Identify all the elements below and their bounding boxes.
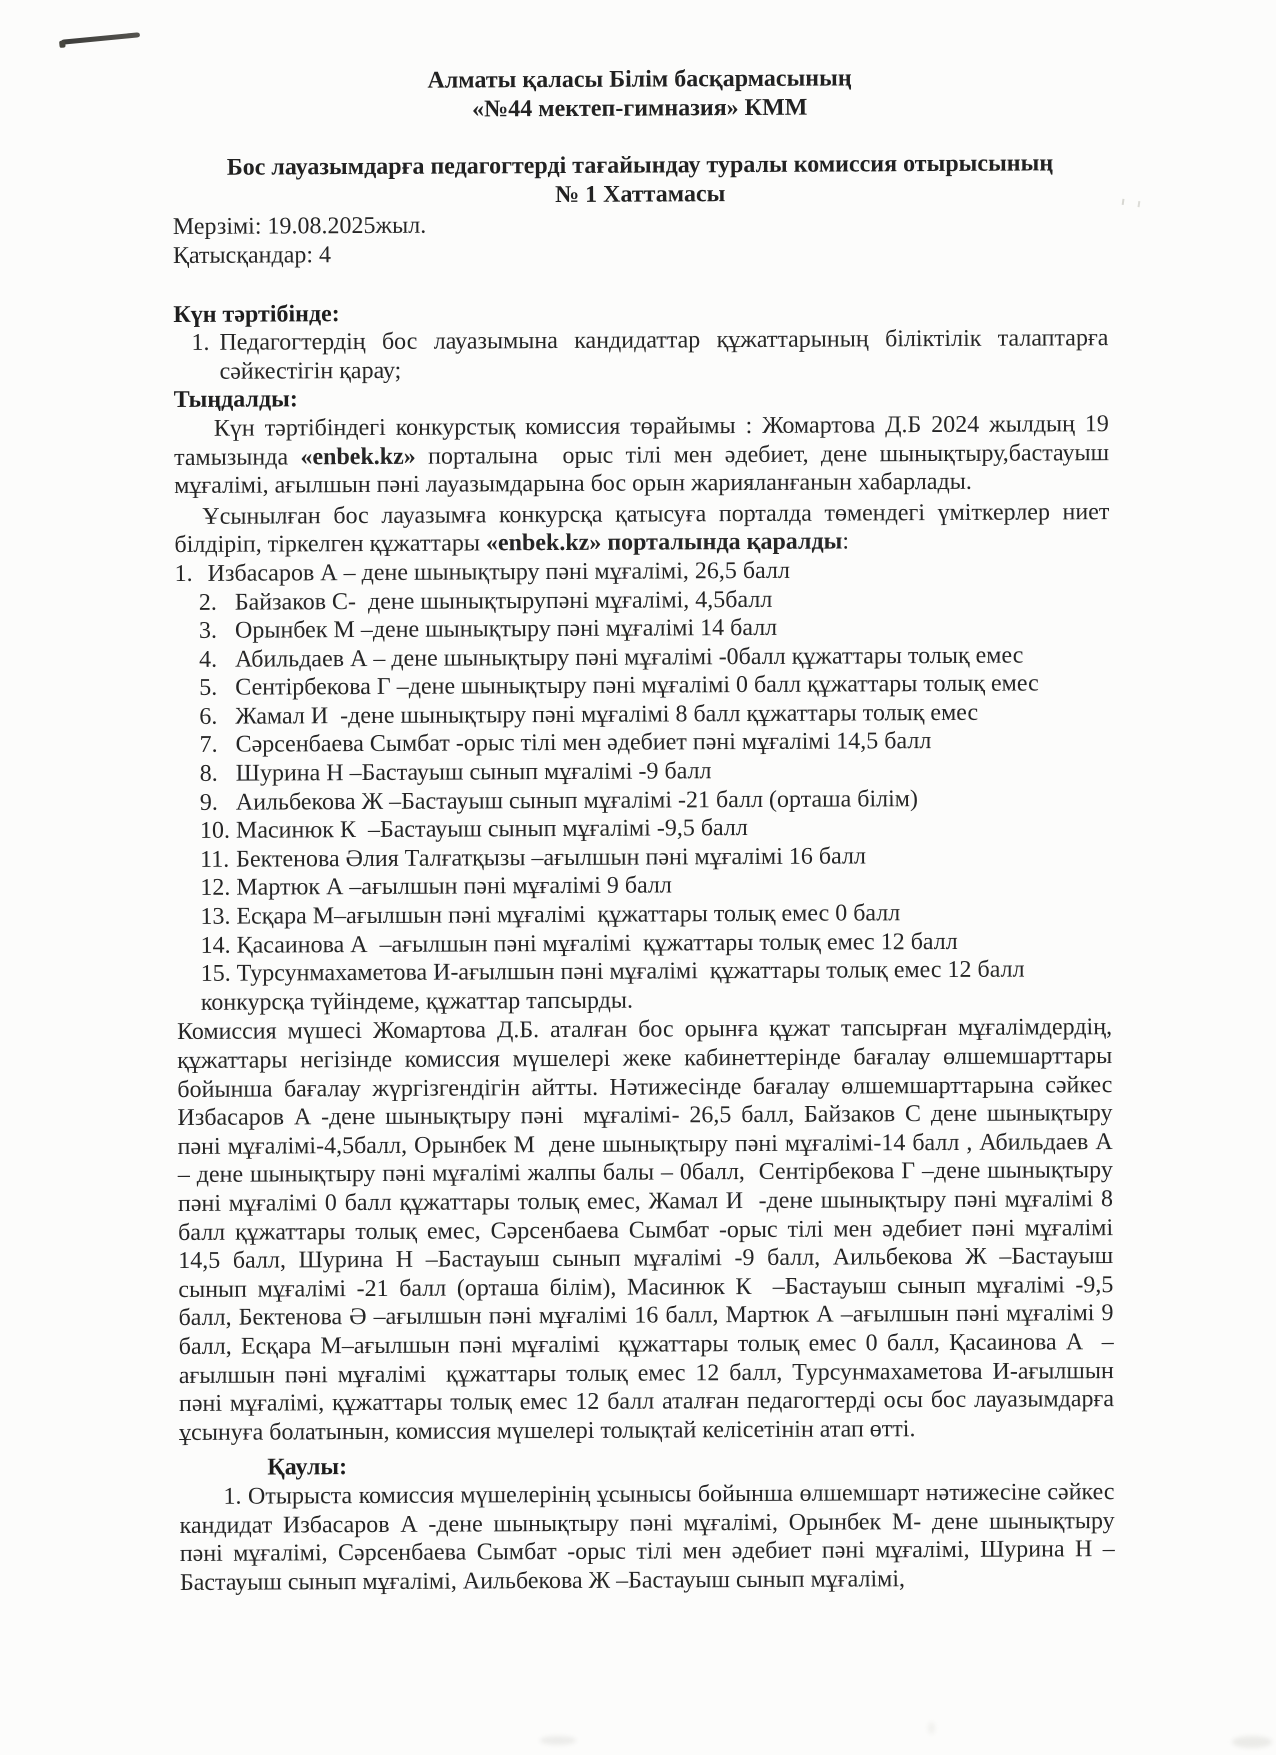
- paragraph-applicants-post: :: [842, 529, 849, 555]
- candidate-number: 10.: [200, 817, 236, 846]
- candidate-text: Абильдаев А – дене шынықтыру пәні мұғалі…: [235, 642, 1023, 672]
- candidate-text: Орынбек М –дене шынықтыру пәні мұғалімі …: [235, 615, 777, 644]
- resolution-heading: Қаулы:: [267, 1449, 1114, 1482]
- resolution-item: 1. Отырыста комиссия мүшелерінің ұсынысы…: [179, 1478, 1115, 1597]
- candidate-text: Қасаинова А –ағылшын пәні мұғалімі құжат…: [237, 929, 958, 959]
- candidate-number: 1.: [175, 560, 208, 589]
- candidate-text: Байзаков С- дене шынықтырупәні мұғалімі,…: [235, 586, 773, 615]
- candidate-text: Масинюк К –Бастауыш сынып мұғалімі -9,5 …: [236, 815, 748, 844]
- candidate-text: Жамал И -дене шынықтыру пәні мұғалімі 8 …: [235, 700, 978, 730]
- candidate-text: Турсунмахаметова И-ағылшын пәні мұғалімі…: [237, 957, 1025, 987]
- scanned-document-page: Алматы қаласы Білім басқармасының «№44 м…: [0, 0, 1276, 1755]
- document-content: Алматы қаласы Білім басқармасының «№44 м…: [172, 63, 1115, 1597]
- scan-smudge: [1232, 1736, 1272, 1748]
- candidates-list: 1.Избасаров А – дене шынықтыру пәні мұға…: [175, 555, 1112, 1017]
- organization-name-line2: «№44 мектеп-гимназия» КММ: [172, 92, 1107, 125]
- agenda-item-number: 1.: [191, 329, 219, 358]
- organization-header: Алматы қаласы Білім басқармасының «№44 м…: [172, 63, 1107, 125]
- candidate-text: Аильбекова Ж –Бастауыш сынып мұғалімі -2…: [236, 786, 918, 816]
- candidate-text: Избасаров А – дене шынықтыру пәні мұғалі…: [208, 558, 790, 587]
- candidate-number: 4.: [199, 645, 235, 674]
- candidate-number: 14.: [201, 931, 237, 960]
- candidate-text: Бектенова Әлия Талғатқызы –ағылшын пәні …: [236, 843, 866, 872]
- document-meta: Мерзімі: 19.08.2025жыл. Қатысқандар: 4: [173, 208, 1108, 270]
- agenda-item-text: Педагогтердің бос лауазымына кандидаттар…: [219, 325, 1108, 384]
- candidate-number: 11.: [200, 846, 236, 875]
- paragraph-announcement: Күн тәртібіндегі конкурстық комиссия төр…: [174, 410, 1109, 501]
- candidate-number: 15.: [201, 960, 237, 989]
- portal-reviewed-bold: «enbek.kz» порталында қаралды: [486, 529, 843, 557]
- scan-smudge: [928, 1722, 935, 1734]
- portal-name-bold: «enbek.kz»: [300, 443, 415, 470]
- candidate-number: 6.: [199, 703, 235, 732]
- scan-smudge: [540, 1736, 576, 1745]
- agenda-item: 1.Педагогтердің бос лауазымына кандидатт…: [173, 324, 1108, 386]
- candidate-text: Шурина Н –Бастауыш сынып мұғалімі -9 бал…: [236, 758, 712, 786]
- paragraph-applicants: Ұсынылған бос лауазымға конкурсқа қатысу…: [174, 498, 1109, 560]
- candidate-number: 12.: [200, 874, 236, 903]
- document-title-line2: № 1 Хаттамасы: [173, 178, 1108, 211]
- document-title-line1: Бос лауазымдарға педагогтерді тағайындау…: [172, 149, 1107, 182]
- candidate-number: 7.: [199, 731, 235, 760]
- candidate-row: 6.Жамал И -дене шынықтыру пәні мұғалімі …: [175, 698, 1110, 731]
- document-title: Бос лауазымдарға педагогтерді тағайындау…: [172, 149, 1107, 211]
- candidate-text: Сәрсенбаева Сымбат -орыс тілі мен әдебие…: [235, 729, 931, 759]
- scan-noise-dots: [1122, 199, 1141, 207]
- candidate-text: Мартюк А –ағылшын пәні мұғалімі 9 балл: [236, 873, 672, 901]
- pen-mark-artifact: [61, 32, 140, 45]
- candidate-text: Сентірбекова Г –дене шынықтыру пәні мұға…: [235, 671, 1039, 701]
- candidate-number: 9.: [200, 788, 236, 817]
- participants-line: Қатысқандар: 4: [173, 237, 1108, 270]
- candidates-note: конкурсқа түйіндеме, құжаттар тапсырды.: [177, 984, 1112, 1017]
- candidate-text: Есқара М–ағылшын пәні мұғалімі құжаттары…: [236, 900, 900, 929]
- candidate-number: 3.: [199, 617, 235, 646]
- commission-paragraph: Комиссия мүшесі Жомартова Д.Б. аталған б…: [177, 1013, 1114, 1447]
- candidate-number: 13.: [200, 903, 236, 932]
- candidate-number: 2.: [199, 588, 235, 617]
- candidate-number: 5.: [199, 674, 235, 703]
- candidate-number: 8.: [200, 760, 236, 789]
- candidate-row: 15.Турсунмахаметова И-ағылшын пәні мұғал…: [177, 955, 1112, 988]
